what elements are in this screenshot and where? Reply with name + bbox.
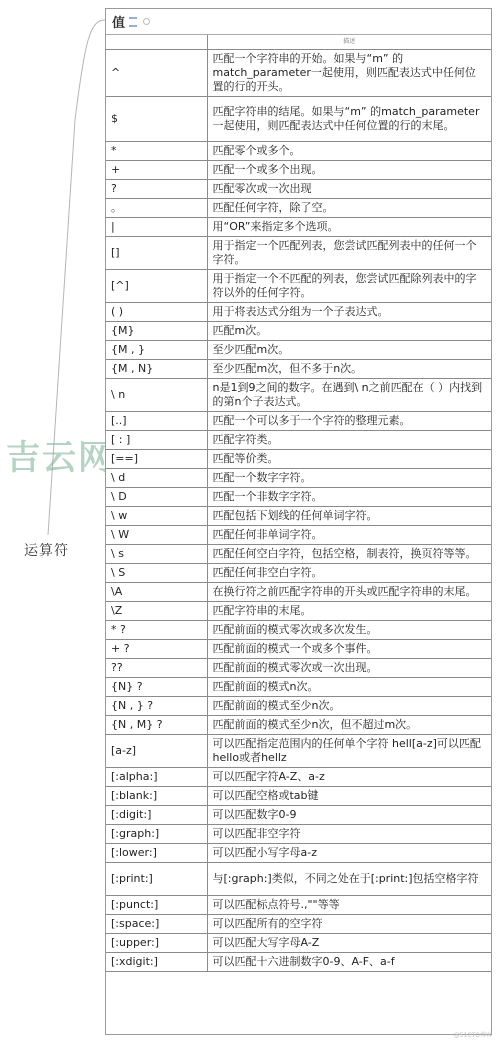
description-cell: 至少匹配m次，但不多于n次。 [207, 360, 491, 379]
operator-cell: * [106, 142, 207, 161]
table-row: [:blank:]可以匹配空格或tab键 [106, 787, 491, 806]
description-cell: 可以匹配标点符号.,""等等 [207, 896, 491, 915]
table-row: * ?匹配前面的模式零次或多次发生。 [106, 621, 491, 640]
table-row: 。匹配任何字符，除了空。 [106, 199, 491, 218]
operator-cell: [a-z] [106, 735, 207, 768]
operator-cell: {M , N} [106, 360, 207, 379]
operator-cell: {M} [106, 322, 207, 341]
table-row: ??匹配前面的模式零次或一次出现。 [106, 659, 491, 678]
operator-cell: {N} ? [106, 678, 207, 697]
operator-cell: {N , } ? [106, 697, 207, 716]
operator-cell: [:print:] [106, 863, 207, 896]
description-cell: 至少匹配m次。 [207, 341, 491, 360]
operator-cell: + [106, 161, 207, 180]
operator-cell: {N , M} ? [106, 716, 207, 735]
operator-cell: | [106, 218, 207, 237]
description-cell: 匹配等价类。 [207, 450, 491, 469]
description-cell: 匹配前面的模式至少n次，但不超过m次。 [207, 716, 491, 735]
operator-cell: \ s [106, 545, 207, 564]
description-cell: 用于指定一个不匹配的列表，您尝试匹配除列表中的字符以外的任何字符。 [207, 270, 491, 303]
table-row: [:punct:]可以匹配标点符号.,""等等 [106, 896, 491, 915]
table-row: [:space:]可以匹配所有的空字符 [106, 915, 491, 934]
operator-cell: \ D [106, 488, 207, 507]
operator-cell: 。 [106, 199, 207, 218]
description-cell: 匹配一个字符串的开始。如果与“m” 的match_parameter一起使用，则… [207, 50, 491, 97]
watermark: 吉云网 [6, 430, 114, 479]
table-row: {N , M} ?匹配前面的模式至少n次，但不超过m次。 [106, 716, 491, 735]
operator-cell: \ w [106, 507, 207, 526]
description-cell: 可以匹配空格或tab键 [207, 787, 491, 806]
operator-cell: ?? [106, 659, 207, 678]
table-row: \ D匹配一个非数字字符。 [106, 488, 491, 507]
description-cell: 匹配任何非空白字符。 [207, 564, 491, 583]
description-cell: 匹配任何字符，除了空。 [207, 199, 491, 218]
value-node-card[interactable]: 值 描述 ^匹配一个字符串的开始。如果与“m” 的match_parameter… [105, 8, 492, 1035]
operator-cell: \ S [106, 564, 207, 583]
table-row: {M}匹配m次。 [106, 322, 491, 341]
table-header-row: 描述 [106, 35, 491, 50]
description-cell: 可以匹配大写字母A-Z [207, 934, 491, 953]
table-row: [:xdigit:]可以匹配十六进制数字0-9、A-F、a-f [106, 953, 491, 972]
table-row: \ s匹配任何空白字符，包括空格，制表符，换页符等等。 [106, 545, 491, 564]
description-cell: 用于指定一个匹配列表，您尝试匹配列表中的任何一个字符。 [207, 237, 491, 270]
table-row: \Z匹配字符串的末尾。 [106, 602, 491, 621]
description-cell: 匹配字符串的结尾。如果与“m” 的match_parameter一起使用，则匹配… [207, 97, 491, 142]
table-row: [ : ]匹配字符类。 [106, 431, 491, 450]
description-cell: 匹配前面的模式n次。 [207, 678, 491, 697]
description-cell: 匹配字符串的末尾。 [207, 602, 491, 621]
table-row: \ nn是1到9之间的数字。在遇到\ n之前匹配在（ ）内找到的第n个子表达式。 [106, 379, 491, 412]
description-cell: 匹配前面的模式至少n次。 [207, 697, 491, 716]
table-row: {N , } ?匹配前面的模式至少n次。 [106, 697, 491, 716]
table-row: [:lower:]可以匹配小写字母a-z [106, 844, 491, 863]
description-cell: 匹配前面的模式零次或一次出现。 [207, 659, 491, 678]
source-watermark: @51CTO博客 [454, 1030, 492, 1039]
table-row: [:graph:]可以匹配非空字符 [106, 825, 491, 844]
description-cell: 可以匹配非空字符 [207, 825, 491, 844]
description-cell: 匹配一个或多个出现。 [207, 161, 491, 180]
operator-cell: * ? [106, 621, 207, 640]
note-icon[interactable] [129, 17, 137, 27]
table-row: \ w匹配包括下划线的任何单词字符。 [106, 507, 491, 526]
table-row: \ W匹配任何非单词字符。 [106, 526, 491, 545]
description-cell: 匹配前面的模式一个或多个事件。 [207, 640, 491, 659]
description-cell: 在换行符之前匹配字符串的开头或匹配字符串的末尾。 [207, 583, 491, 602]
table-row: {M , N}至少匹配m次，但不多于n次。 [106, 360, 491, 379]
table-row: + ?匹配前面的模式一个或多个事件。 [106, 640, 491, 659]
table-row: \A在换行符之前匹配字符串的开头或匹配字符串的末尾。 [106, 583, 491, 602]
table-row: [:alpha:]可以匹配字符A-Z、a-z [106, 768, 491, 787]
table-row: [..]匹配一个可以多于一个字符的整理元素。 [106, 412, 491, 431]
operator-cell: \A [106, 583, 207, 602]
description-cell: 匹配零次或一次出现 [207, 180, 491, 199]
operator-cell: \ W [106, 526, 207, 545]
description-cell: 可以匹配小写字母a-z [207, 844, 491, 863]
operator-cell: [] [106, 237, 207, 270]
table-row: \ S匹配任何非空白字符。 [106, 564, 491, 583]
root-node-label[interactable]: 运算符 [24, 540, 69, 560]
table-row: [:upper:]可以匹配大写字母A-Z [106, 934, 491, 953]
header-description: 描述 [207, 35, 491, 50]
table-row: [:print:]与[:graph:]类似，不同之处在于[:print:]包括空… [106, 863, 491, 896]
operator-cell: [:graph:] [106, 825, 207, 844]
operator-cell: [==] [106, 450, 207, 469]
table-row: \ d匹配一个数字字符。 [106, 469, 491, 488]
description-cell: 可以匹配字符A-Z、a-z [207, 768, 491, 787]
operator-cell: [^] [106, 270, 207, 303]
description-cell: 可以匹配数字0-9 [207, 806, 491, 825]
description-cell: 匹配字符类。 [207, 431, 491, 450]
operator-cell: {M , } [106, 341, 207, 360]
operator-cell: [:blank:] [106, 787, 207, 806]
operator-cell: [:xdigit:] [106, 953, 207, 972]
description-cell: 用于将表达式分组为一个子表达式。 [207, 303, 491, 322]
operator-cell: [:digit:] [106, 806, 207, 825]
description-cell: 与[:graph:]类似，不同之处在于[:print:]包括空格字符 [207, 863, 491, 896]
operator-cell: \Z [106, 602, 207, 621]
operator-cell: [:upper:] [106, 934, 207, 953]
operator-cell: $ [106, 97, 207, 142]
circle-icon[interactable] [143, 18, 150, 25]
operator-cell: [..] [106, 412, 207, 431]
operator-cell: ( ) [106, 303, 207, 322]
description-cell: 匹配任何空白字符，包括空格，制表符，换页符等等。 [207, 545, 491, 564]
table-row: [==]匹配等价类。 [106, 450, 491, 469]
table-row: [^]用于指定一个不匹配的列表，您尝试匹配除列表中的字符以外的任何字符。 [106, 270, 491, 303]
description-cell: 匹配包括下划线的任何单词字符。 [207, 507, 491, 526]
description-cell: 匹配一个数字字符。 [207, 469, 491, 488]
table-row: [a-z]可以匹配指定范围内的任何单个字符 hell[a-z]可以匹配hello… [106, 735, 491, 768]
description-cell: n是1到9之间的数字。在遇到\ n之前匹配在（ ）内找到的第n个子表达式。 [207, 379, 491, 412]
description-cell: 可以匹配所有的空字符 [207, 915, 491, 934]
description-cell: 可以匹配指定范围内的任何单个字符 hell[a-z]可以匹配hello或者hel… [207, 735, 491, 768]
table-row: {N} ?匹配前面的模式n次。 [106, 678, 491, 697]
table-row: []用于指定一个匹配列表，您尝试匹配列表中的任何一个字符。 [106, 237, 491, 270]
value-node-title: 值 [112, 12, 125, 31]
description-cell: 匹配一个非数字字符。 [207, 488, 491, 507]
operator-cell: [:punct:] [106, 896, 207, 915]
operator-cell: [ : ] [106, 431, 207, 450]
description-cell: 匹配前面的模式零次或多次发生。 [207, 621, 491, 640]
table-row: {M , }至少匹配m次。 [106, 341, 491, 360]
operator-cell: ? [106, 180, 207, 199]
table-row: |用“OR”来指定多个选项。 [106, 218, 491, 237]
value-node-header: 值 [106, 9, 491, 35]
description-cell: 匹配零个或多个。 [207, 142, 491, 161]
table-row: ?匹配零次或一次出现 [106, 180, 491, 199]
description-cell: 用“OR”来指定多个选项。 [207, 218, 491, 237]
description-cell: 匹配任何非单词字符。 [207, 526, 491, 545]
operator-cell: + ? [106, 640, 207, 659]
table-row: *匹配零个或多个。 [106, 142, 491, 161]
operator-cell: ^ [106, 50, 207, 97]
table-row: [:digit:]可以匹配数字0-9 [106, 806, 491, 825]
operator-cell: \ n [106, 379, 207, 412]
header-operator [106, 35, 207, 50]
operator-table: 描述 ^匹配一个字符串的开始。如果与“m” 的match_parameter一起… [106, 35, 491, 972]
table-row: ^匹配一个字符串的开始。如果与“m” 的match_parameter一起使用，… [106, 50, 491, 97]
table-row: $匹配字符串的结尾。如果与“m” 的match_parameter一起使用，则匹… [106, 97, 491, 142]
operator-cell: \ d [106, 469, 207, 488]
table-row: ( )用于将表达式分组为一个子表达式。 [106, 303, 491, 322]
table-row: +匹配一个或多个出现。 [106, 161, 491, 180]
operator-cell: [:alpha:] [106, 768, 207, 787]
description-cell: 匹配m次。 [207, 322, 491, 341]
operator-cell: [:space:] [106, 915, 207, 934]
description-cell: 匹配一个可以多于一个字符的整理元素。 [207, 412, 491, 431]
description-cell: 可以匹配十六进制数字0-9、A-F、a-f [207, 953, 491, 972]
operator-cell: [:lower:] [106, 844, 207, 863]
